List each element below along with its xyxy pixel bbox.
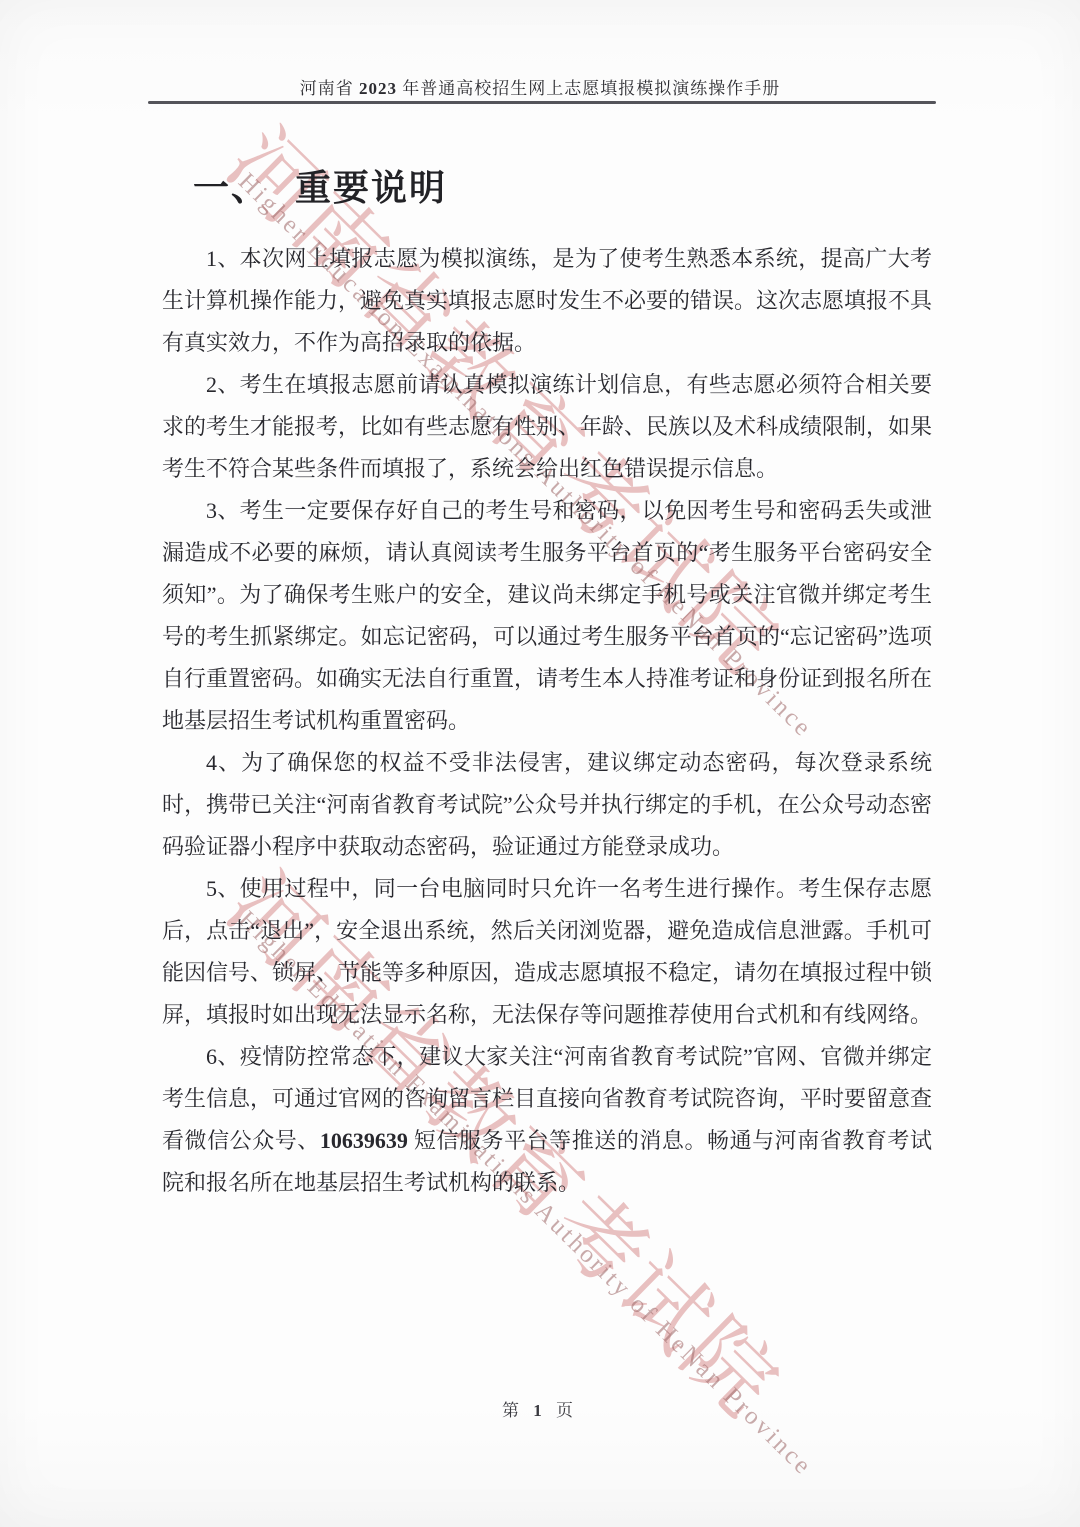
- section-heading: 一、重要说明: [193, 160, 447, 211]
- text-run: 10639639: [320, 1128, 408, 1153]
- text-run: 5、使用过程中，同一台电脑同时只允许一名考生进行操作。考生保存志愿后，点击“退出…: [162, 876, 932, 1027]
- paragraph: 4、为了确保您的权益不受非法侵害，建议绑定动态密码，每次登录系统时，携带已关注“…: [162, 742, 932, 868]
- paragraph: 3、考生一定要保存好自己的考生号和密码，以免因考生号和密码丢失或泄漏造成不必要的…: [162, 490, 932, 742]
- header-divider: [148, 101, 936, 104]
- text-run: 4、为了确保您的权益不受非法侵害，建议绑定动态密码，每次登录系统时，携带已关注“…: [162, 750, 932, 859]
- paragraph: 6、疫情防控常态下，建议大家关注“河南省教育考试院”官网、官微并绑定考生信息，可…: [162, 1036, 932, 1204]
- text-run: 第: [502, 1401, 533, 1420]
- page-header-title: 河南省 2023 年普通高校招生网上志愿填报模拟演练操作手册: [0, 74, 1080, 99]
- section-title: 重要说明: [295, 167, 447, 208]
- page-number-footer: 第 1 页: [0, 1396, 1080, 1421]
- text-run: 年普通高校招生网上志愿填报模拟演练操作手册: [397, 79, 780, 98]
- paragraph: 5、使用过程中，同一台电脑同时只允许一名考生进行操作。考生保存志愿后，点击“退出…: [162, 868, 932, 1036]
- text-run: 页: [547, 1401, 578, 1420]
- document-body: 1、本次网上填报志愿为模拟演练，是为了使考生熟悉本系统，提高广大考生计算机操作能…: [162, 238, 932, 1204]
- text-run: 1、本次网上填报志愿为模拟演练，是为了使考生熟悉本系统，提高广大考生计算机操作能…: [162, 246, 932, 355]
- text-run: 1: [533, 1401, 547, 1420]
- section-number: 一、: [193, 167, 269, 208]
- paragraph: 1、本次网上填报志愿为模拟演练，是为了使考生熟悉本系统，提高广大考生计算机操作能…: [162, 238, 932, 364]
- paragraph: 2、考生在填报志愿前请认真模拟演练计划信息，有些志愿必须符合相关要求的考生才能报…: [162, 364, 932, 490]
- text-run: 2023: [359, 79, 397, 98]
- text-run: 河南省: [300, 79, 359, 98]
- text-run: 3、考生一定要保存好自己的考生号和密码，以免因考生号和密码丢失或泄漏造成不必要的…: [162, 498, 932, 733]
- document-page: 河南省教育考试院 Higher Education Examinations A…: [0, 0, 1080, 1527]
- text-run: 2、考生在填报志愿前请认真模拟演练计划信息，有些志愿必须符合相关要求的考生才能报…: [162, 372, 932, 481]
